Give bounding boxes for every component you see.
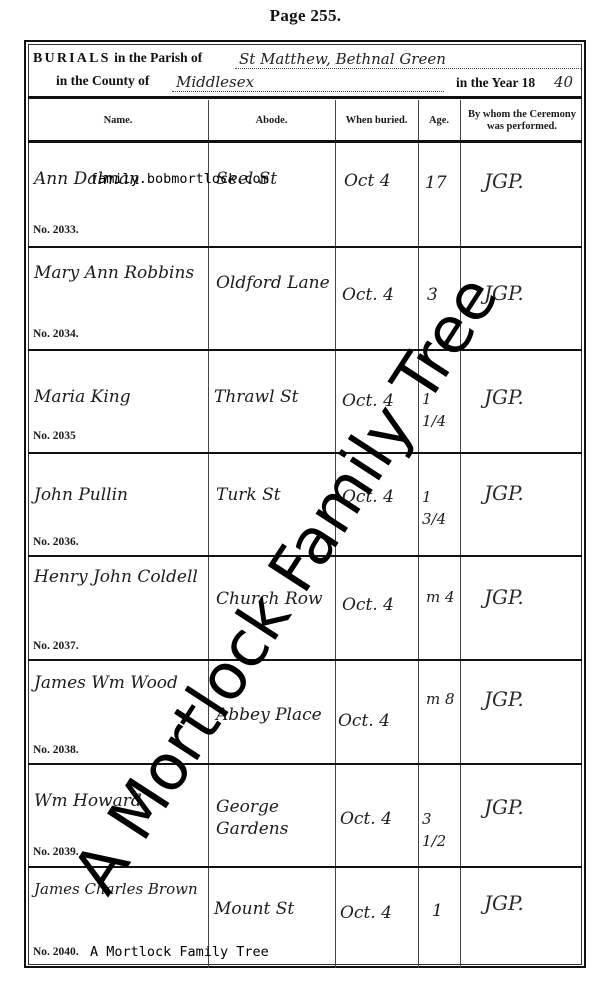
entry-when-buried: Oct. 4 [338, 710, 414, 732]
entry-age: 1 3/4 [422, 486, 458, 530]
entry-officiant: JGP. [484, 796, 574, 818]
entry-officiant: JGP. [484, 170, 574, 192]
entry-number: No. 2033. [33, 224, 79, 236]
entry-name: John Pullin [34, 484, 204, 506]
column-header-age: Age. [418, 102, 460, 140]
row-divider [28, 659, 582, 661]
entry-name: Henry John Coldell [34, 566, 204, 588]
entry-name: Mary Ann Robbins [34, 262, 204, 284]
entry-age: m 8 [426, 688, 458, 710]
entry-abode: Thrawl St [214, 386, 332, 408]
entry-name: Maria King [34, 386, 204, 408]
entry-number: No. 2040. [33, 946, 79, 958]
parish-label: in the Parish of [114, 50, 202, 65]
entry-number: No. 2036. [33, 536, 79, 548]
row-divider [28, 246, 582, 248]
row-divider [28, 349, 582, 351]
entry-age: m 4 [426, 586, 458, 608]
column-header-rule [28, 140, 582, 143]
entry-officiant: JGP. [484, 482, 574, 504]
watermark-url: family.bobmortlock.com [90, 171, 269, 187]
entry-when-buried: Oct. 4 [340, 808, 414, 830]
entry-age: 17 [425, 172, 457, 194]
entry-abode: Mount St [214, 898, 332, 920]
entry-number: No. 2037. [33, 640, 79, 652]
page-title: Page 255. [0, 6, 611, 26]
entry-officiant: JGP. [484, 892, 574, 914]
entry-when-buried: Oct 4 [344, 170, 414, 192]
entry-age: 3 1/2 [422, 808, 458, 852]
column-divider [460, 100, 461, 968]
watermark-footer: A Mortlock Family Tree [90, 944, 269, 960]
entry-when-buried: Oct. 4 [342, 594, 414, 616]
row-divider [28, 763, 582, 765]
entry-number: No. 2038. [33, 744, 79, 756]
parish-value: St Matthew, Bethnal Green [235, 50, 581, 69]
entry-officiant: JGP. [484, 586, 574, 608]
column-header-name: Name. [28, 102, 208, 140]
entry-number: No. 2035 [33, 430, 76, 442]
row-divider [28, 452, 582, 454]
county-label: in the County of [56, 73, 149, 88]
column-divider [418, 100, 419, 968]
year-value: 40 [550, 73, 582, 91]
header-rule [28, 96, 582, 99]
entry-abode: George Gardens [216, 796, 331, 840]
entry-abode: Oldford Lane [216, 272, 331, 294]
column-header-abode: Abode. [208, 102, 335, 140]
entry-number: No. 2034. [33, 328, 79, 340]
county-value: Middlesex [172, 73, 444, 92]
column-header-officiant: By whom the Ceremony was performed. [462, 102, 582, 140]
entry-when-buried: Oct. 4 [342, 284, 414, 306]
entry-when-buried: Oct. 4 [340, 902, 414, 924]
entry-officiant: JGP. [484, 386, 574, 408]
column-header-when-buried: When buried. [335, 102, 418, 140]
burials-heading: BURIALS [33, 51, 111, 66]
column-divider [208, 100, 209, 968]
year-label: in the Year 18 [456, 75, 535, 91]
entry-age: 1 [432, 900, 458, 922]
entry-officiant: JGP. [484, 688, 574, 710]
